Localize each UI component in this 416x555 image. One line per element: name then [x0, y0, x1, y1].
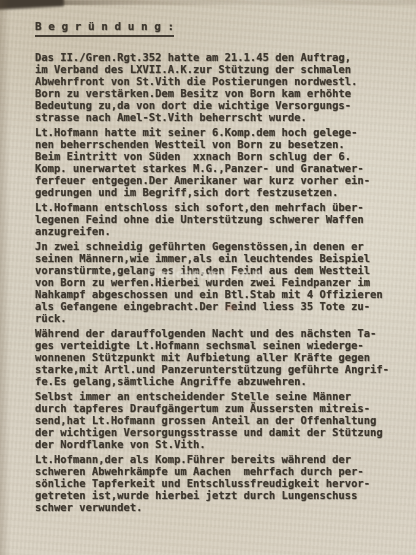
document-photo: B e g r ü n d u n g : Das II./Gren.Rgt.3… — [0, 0, 416, 555]
paragraph-mission: Das II./Gren.Rgt.352 hatte am 21.1.45 de… — [35, 52, 398, 124]
paragraph-counterattacks: Jn zwei schneidig geführten Gegenstössen… — [35, 241, 398, 325]
photo-edge-left — [0, 0, 10, 555]
document-page: B e g r ü n d u n g : Das II./Gren.Rgt.3… — [0, 0, 416, 555]
paragraph-commendation: Selbst immer an entscheidender Stelle se… — [35, 391, 398, 451]
document-title: B e g r ü n d u n g : — [35, 21, 174, 37]
paragraph-decision-to-attack: Lt.Hofmann entschloss sich sofort,den me… — [35, 202, 398, 238]
paragraph-defense: Während der darauffolgenden Nacht und de… — [35, 328, 398, 388]
paragraph-advance-on-born: Lt.Hofmann hatte mit seiner 6.Komp.dem h… — [35, 127, 398, 199]
paragraph-wounded: Lt.Hofmann,der als Komp.Führer bereits w… — [35, 454, 398, 514]
